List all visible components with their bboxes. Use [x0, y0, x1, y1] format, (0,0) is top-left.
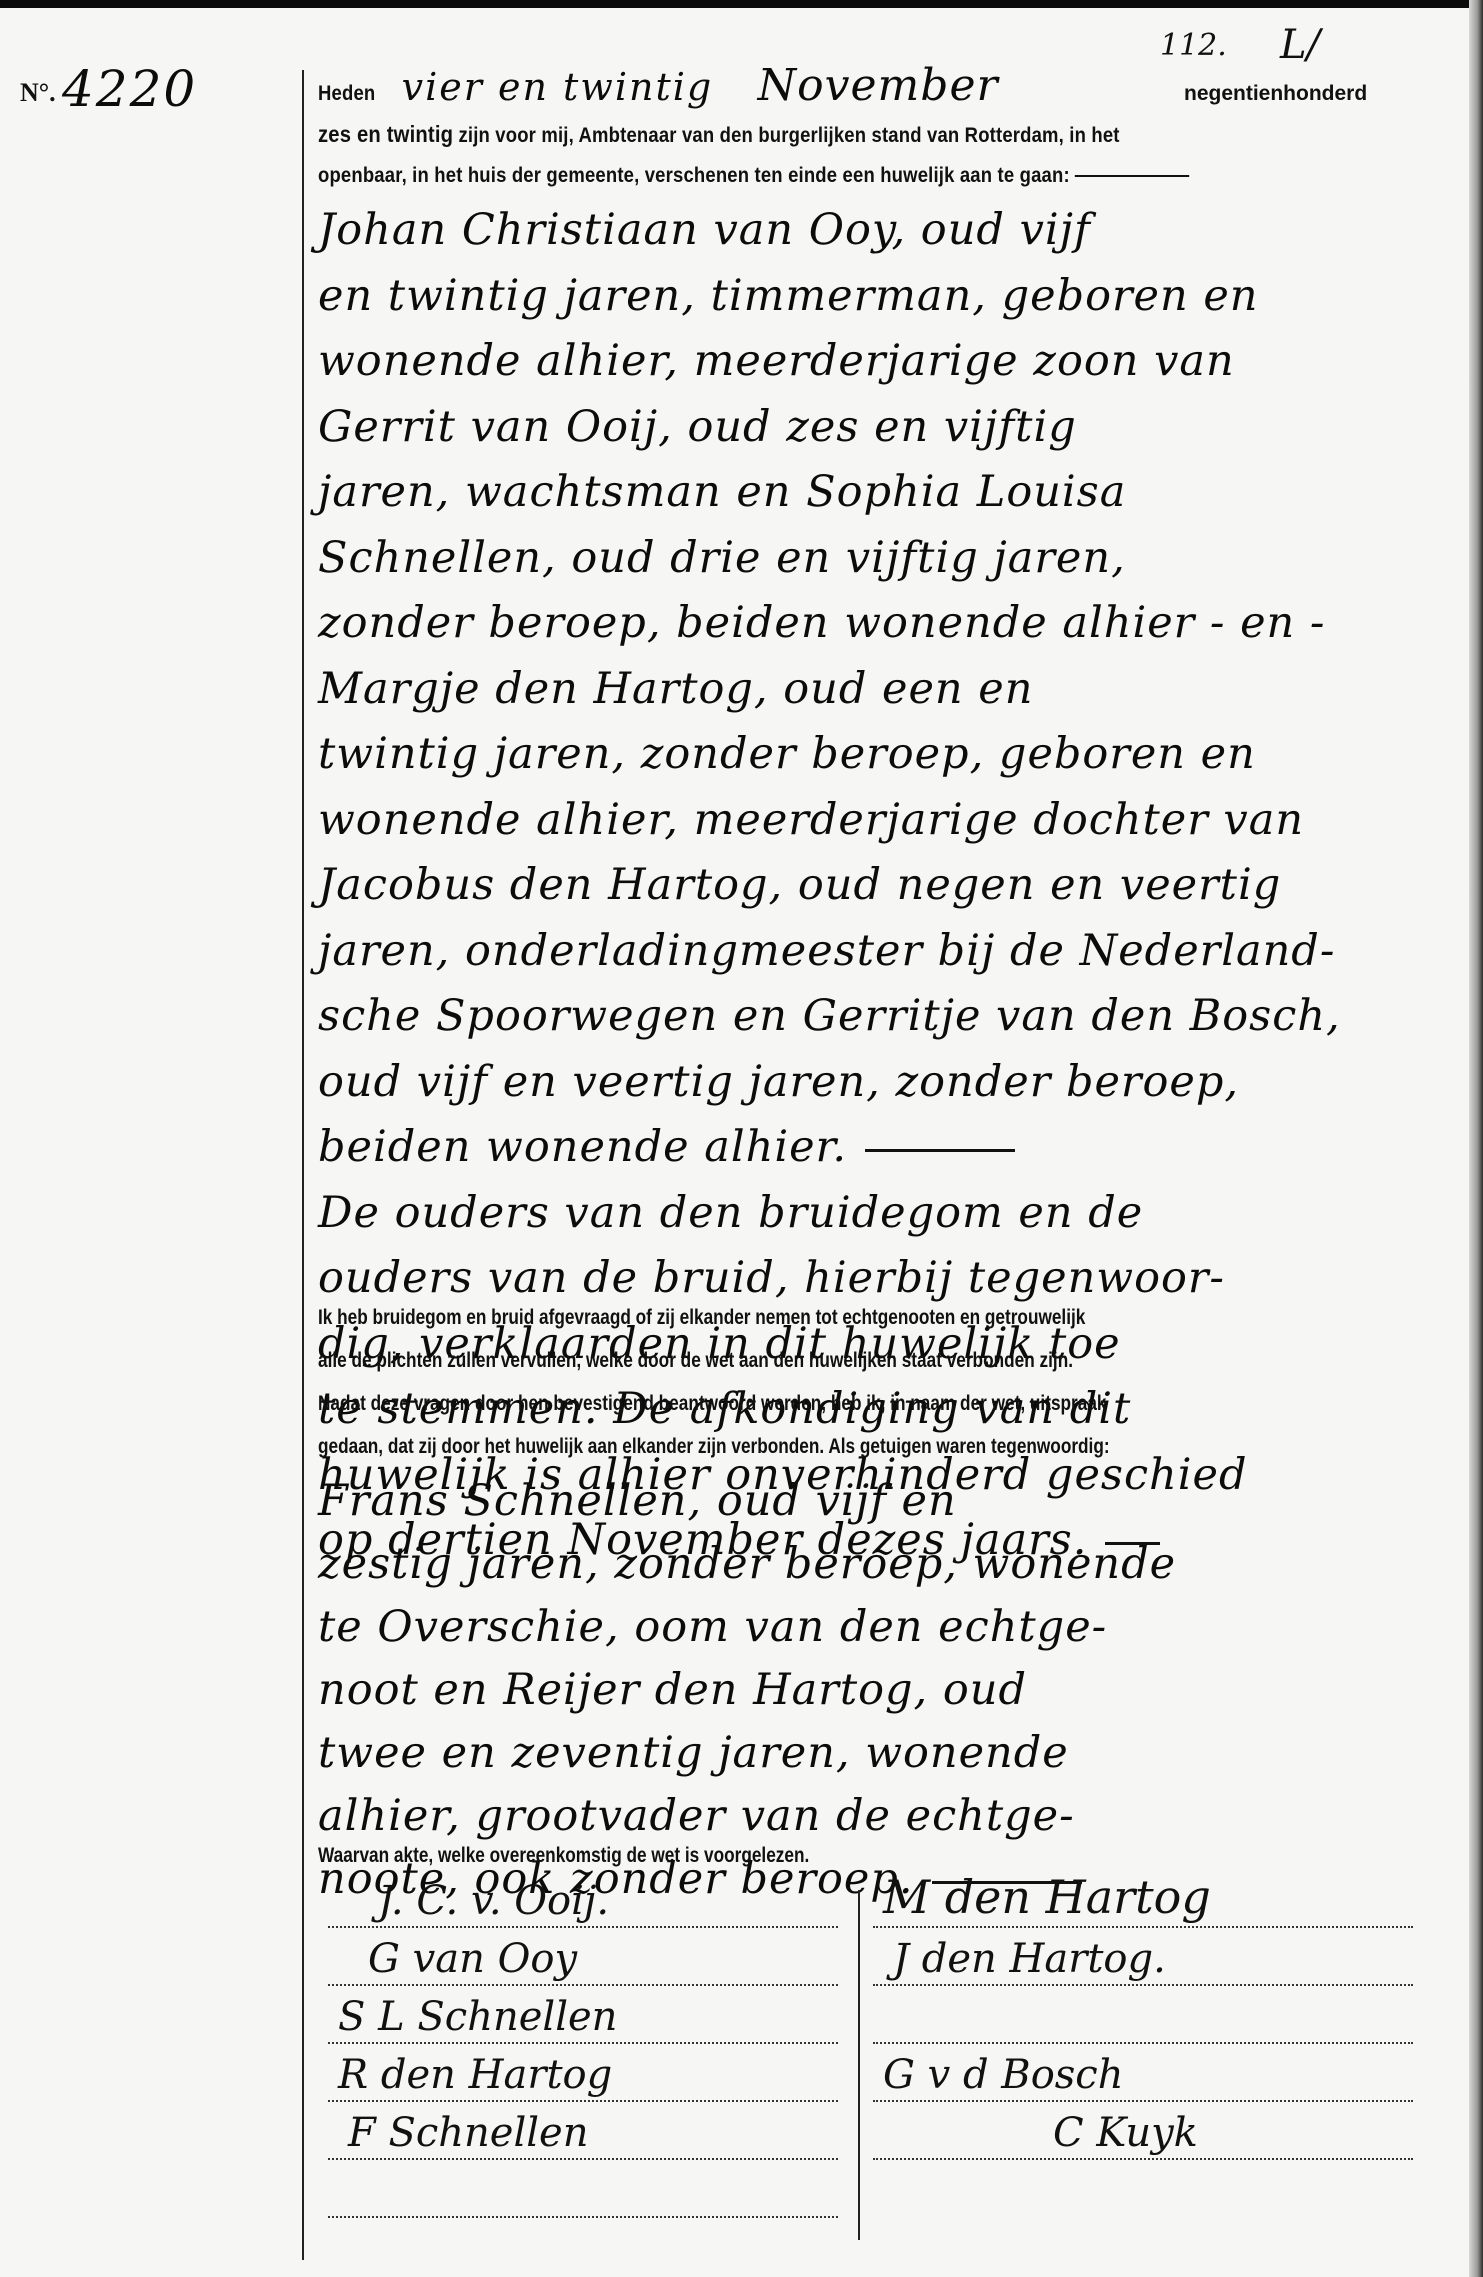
declaration-line: alle de plichten zullen vervullen, welke… [318, 1339, 1425, 1382]
signature-bride-father: J den Hartog. [893, 1936, 1166, 1982]
body-line: en twintig jaren, timmerman, geboren en [318, 264, 1428, 330]
signature-line: G van Ooy [328, 1928, 838, 1986]
body-line: oud vijf en veertig jaren, zonder beroep… [318, 1050, 1428, 1116]
body-line: De ouders van den bruidegom en de [318, 1181, 1428, 1247]
intro-day: vier en twintig [402, 65, 714, 109]
intro-line-3-text: openbaar, in het huis der gemeente, vers… [318, 164, 1070, 187]
witness-line: Frans Schnellen, oud vijf en [318, 1470, 1428, 1533]
body-line: twintig jaren, zonder beroep, geboren en [318, 722, 1428, 788]
signature-official: C Kuyk [1053, 2110, 1198, 2156]
body-line: wonende alhier, meerderjarige dochter va… [318, 788, 1428, 854]
folio-number: 112. [1160, 28, 1227, 63]
body-line: Schnellen, oud drie en vijftig jaren, [318, 526, 1428, 592]
body-line: Gerrit van Ooij, oud zes en vijftig [318, 395, 1428, 461]
intro-line-2-text: zijn voor mij, Ambtenaar van den burgerl… [458, 124, 1119, 147]
signature-witness-1: F Schnellen [348, 2110, 589, 2156]
signature-line [328, 2160, 838, 2218]
intro-year-2: zes en twintig [318, 121, 453, 147]
body-line: wonende alhier, meerderjarige zoon van [318, 329, 1428, 395]
signature-line: C Kuyk [873, 2102, 1413, 2160]
signature-line: S L Schnellen [328, 1986, 838, 2044]
declaration-line: Nadat deze vragen door hen bevestigend b… [318, 1382, 1425, 1425]
signature-line [873, 1986, 1413, 2044]
signature-area: J. C. v. Ooij. G van Ooy S L Schnellen R… [318, 1870, 1418, 2250]
scan-top-border [0, 0, 1483, 8]
body-line: jaren, wachtsman en Sophia Louisa [318, 460, 1428, 526]
declaration-line: gedaan, dat zij door het huwelijk aan el… [318, 1425, 1425, 1468]
signature-line: F Schnellen [328, 2102, 838, 2160]
body-line: jaren, onderladingmeester bij de Nederla… [318, 919, 1428, 985]
declaration-line: Ik heb bruidegom en bruid afgevraagd of … [318, 1296, 1425, 1339]
intro-heden: Heden [318, 74, 375, 114]
intro-line-3: openbaar, in het huis der gemeente, vers… [318, 156, 1427, 196]
signature-line: G v d Bosch [873, 2044, 1413, 2102]
certificate-number-label: N°. [20, 78, 56, 108]
margin-rule [302, 70, 304, 2260]
intro-month: November [758, 60, 999, 111]
intro-year-1: negentienhonderd [1184, 82, 1367, 106]
witness-line: twee en zeventig jaren, wonende [318, 1722, 1428, 1785]
signature-line: M den Hartog [873, 1870, 1413, 1928]
body-line: Margje den Hartog, oud een en [318, 657, 1428, 723]
scan-right-edge [1469, 0, 1483, 2277]
signature-witness-2: R den Hartog [338, 2052, 612, 2098]
intro-line-2: zes en twintig zijn voor mij, Ambtenaar … [318, 114, 1427, 156]
signature-line: J den Hartog. [873, 1928, 1413, 1986]
fill-rule [1075, 175, 1189, 177]
signature-bride: M den Hartog [883, 1870, 1211, 1924]
signature-groom-mother: S L Schnellen [338, 1994, 617, 2040]
witness-line: zestig jaren, zonder beroep, wonende [318, 1533, 1428, 1596]
certificate-number: 4220 [62, 60, 197, 118]
body-line: zonder beroep, beiden wonende alhier - e… [318, 591, 1428, 657]
declaration-block: Ik heb bruidegom en bruid afgevraagd of … [318, 1296, 1428, 1468]
body-line-text: beiden wonende alhier. [318, 1122, 847, 1172]
signature-line: J. C. v. Ooij. [328, 1870, 838, 1928]
signature-divider [858, 1890, 860, 2240]
witness-line: te Overschie, oom van den echtge- [318, 1596, 1428, 1659]
body-line: sche Spoorwegen en Gerritje van den Bosc… [318, 984, 1428, 1050]
body-line: Jacobus den Hartog, oud negen en veertig [318, 853, 1428, 919]
signature-bride-mother: G v d Bosch [883, 2052, 1123, 2098]
body-line: beiden wonende alhier. [318, 1115, 1428, 1181]
intro-block: Heden vier en twintig November negentien… [318, 60, 1428, 196]
signature-line: R den Hartog [328, 2044, 838, 2102]
signature-groom-father: G van Ooy [368, 1936, 577, 1982]
fill-rule [865, 1149, 1015, 1152]
witness-line: noot en Reijer den Hartog, oud [318, 1659, 1428, 1722]
body-line: Johan Christiaan van Ooy, oud vijf [318, 198, 1428, 264]
signature-groom: J. C. v. Ooij. [378, 1878, 609, 1924]
